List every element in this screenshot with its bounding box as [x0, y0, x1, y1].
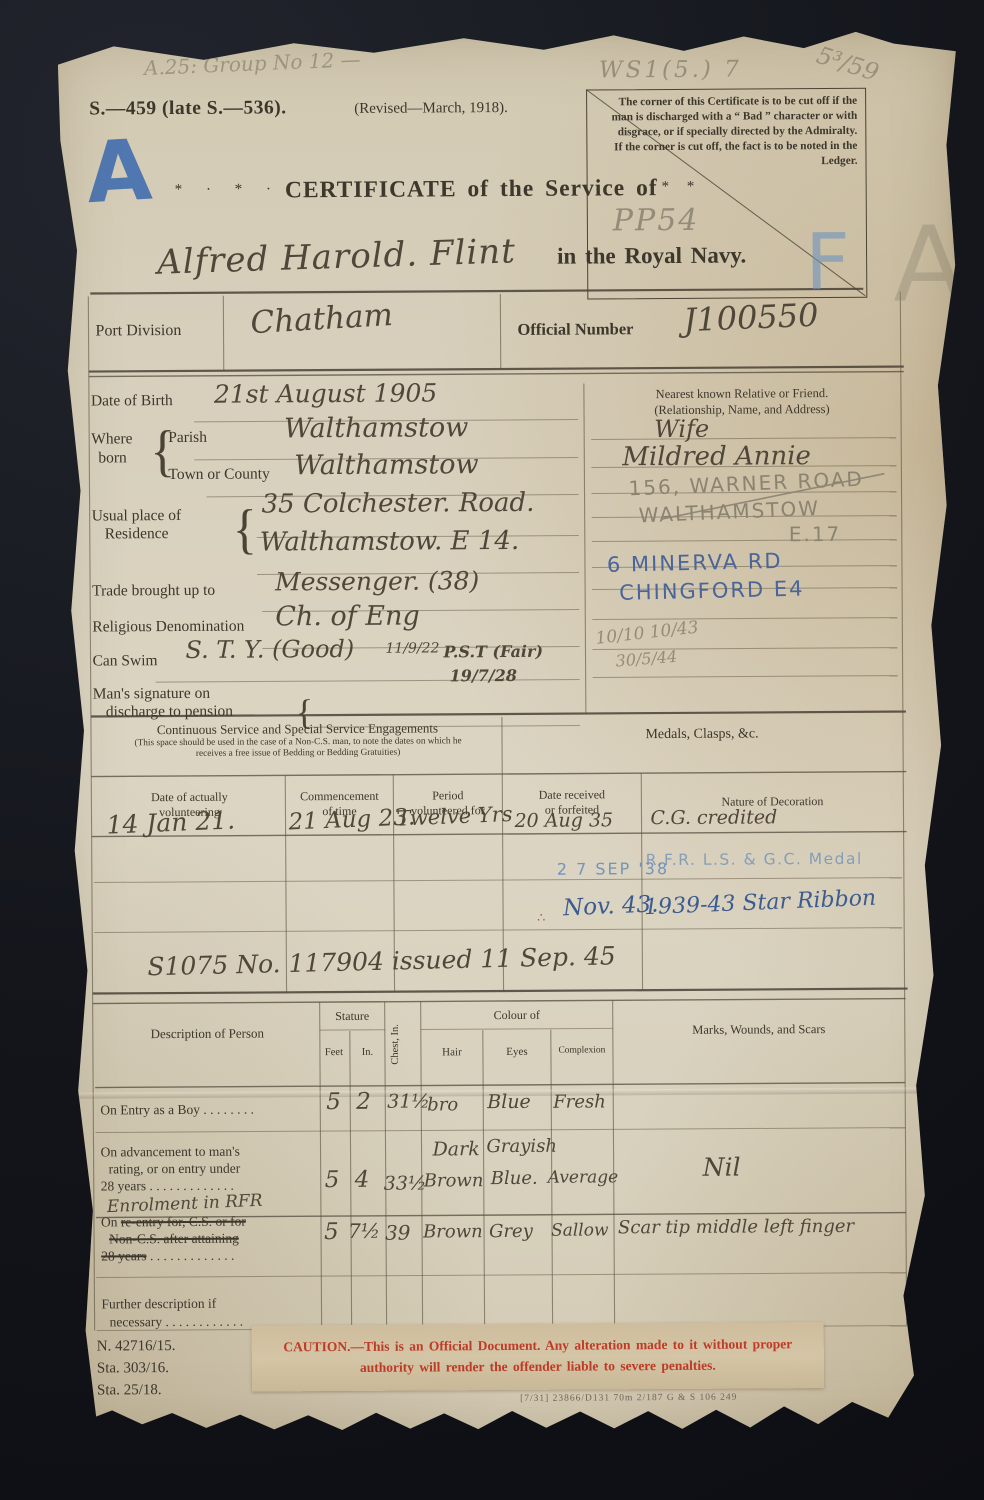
- relative-relationship: Wife: [654, 415, 709, 443]
- entry-feet: 5: [326, 1089, 341, 1115]
- medal-row-1: C.G. credited: [650, 806, 777, 829]
- advancement-hair-2: Brown: [424, 1170, 484, 1191]
- relative-name: Mildred Annie: [622, 441, 811, 472]
- form-number: S.—459 (late S.—536).: [89, 97, 287, 120]
- reentry-struck-1: re-entry for, C.S. or for: [121, 1214, 246, 1230]
- footer-ref-1: N. 42716/15.: [97, 1338, 176, 1355]
- col-feet: Feet: [318, 1047, 350, 1058]
- cs-engagements-subtitle-2: receives a free issue of Bedding or Bedd…: [98, 747, 498, 759]
- residence-value-2: Walthamstow. E 14.: [260, 526, 520, 558]
- residence-label-1: Usual place of: [92, 507, 182, 526]
- photo-background: A.25: Group No 12 — WS1(5.) 7 5³/59 S.—4…: [0, 0, 984, 1500]
- trade-label: Trade brought up to: [92, 582, 215, 601]
- parish-value: Walthamstow: [284, 412, 468, 444]
- col-period-1: Period: [432, 788, 463, 802]
- pencil-annotation-ws: WS1(5.) 7: [599, 57, 742, 84]
- service-member-name: Alfred Harold. Flint: [157, 231, 517, 283]
- pencil-annotation-559: 5³/59: [813, 41, 882, 87]
- entry-complexion: Fresh: [553, 1091, 606, 1112]
- footer-ref-3: Sta. 25/18.: [97, 1382, 162, 1399]
- col-date-received-1: Date received: [539, 787, 605, 801]
- advancement-inches: 4: [355, 1167, 370, 1193]
- row-reentry-label-1: On re-entry for, C.S. or for: [101, 1214, 246, 1231]
- certificate-title-line: * · * · CERTIFICATE of the Service of * …: [175, 175, 735, 205]
- watermark-letter-a: A: [893, 203, 965, 325]
- reentry-struck-3: 28 years: [101, 1248, 146, 1263]
- reentry-on: On: [101, 1214, 121, 1229]
- reentry-chest: 39: [385, 1221, 411, 1245]
- advancement-eyes-1: Grayish: [486, 1136, 557, 1157]
- residence-label-2: Residence: [105, 525, 169, 543]
- pencil-pp54: PP54: [613, 203, 700, 239]
- title-ornament-right: * *: [662, 179, 702, 195]
- town-county-value: Walthamstow: [294, 449, 478, 481]
- port-division-value: Chatham: [250, 297, 394, 341]
- relative-heading-1: Nearest known Relative or Friend.: [594, 386, 890, 403]
- row-advancement-label-2: rating, or on entry under: [109, 1161, 241, 1178]
- advancement-eyes-2: Blue.: [491, 1168, 538, 1189]
- row-further-label-1: Further description if: [101, 1296, 216, 1313]
- row-reentry-label-3: 28 years . . . . . . . . . . . . .: [101, 1248, 234, 1265]
- residence-value-1: 35 Colchester. Road.: [262, 488, 535, 520]
- entry-eyes: Blue: [487, 1091, 531, 1113]
- advancement-marks: Nil: [703, 1153, 741, 1182]
- trade-value: Messenger. (38): [275, 566, 479, 596]
- col-complexion: Complexion: [551, 1045, 613, 1055]
- signature-label-1: Man's signature on: [93, 685, 210, 704]
- col-inches: In.: [350, 1047, 385, 1058]
- parish-label: Parish: [168, 429, 207, 447]
- can-swim-date-2: 19/7/28: [450, 666, 517, 685]
- row-entry-boy-label: On Entry as a Boy . . . . . . . .: [100, 1102, 254, 1119]
- reentry-inches: 7½: [348, 1219, 380, 1243]
- advancement-hair-1: Dark: [432, 1138, 479, 1160]
- row-further-label-2: necessary . . . . . . . . . . . .: [110, 1314, 244, 1331]
- caution-text: CAUTION.—This is an Official Document. A…: [276, 1334, 800, 1379]
- official-number-label: Official Number: [517, 319, 633, 340]
- advancement-complexion: Average: [548, 1167, 619, 1187]
- certificate-paper: A.25: Group No 12 — WS1(5.) 7 5³/59 S.—4…: [44, 25, 969, 1443]
- corner-notice-text: The corner of this Certificate is to be …: [609, 94, 857, 170]
- where-born-label-1: Where: [91, 430, 132, 448]
- title-ornament-left: * · * ·: [175, 181, 281, 198]
- religion-label: Religious Denomination: [92, 618, 244, 637]
- relative-address-new-2: CHINGFORD E4: [619, 577, 805, 605]
- religion-value: Ch. of Eng: [275, 601, 420, 633]
- royal-navy-text: in the Royal Navy.: [557, 243, 746, 270]
- can-swim-value: S. T. Y. (Good): [185, 635, 354, 664]
- cs-row-period: Twelve Yrs: [396, 802, 513, 831]
- official-number-value: J100550: [683, 296, 819, 340]
- relative-address-3: E.17: [789, 522, 842, 546]
- can-swim-label: Can Swim: [92, 652, 157, 670]
- relative-address-new-1: 6 MINERVA RD: [607, 549, 783, 577]
- pencil-annotation-group: A.25: Group No 12 —: [143, 47, 360, 80]
- footer-ref-2: Sta. 303/16.: [97, 1360, 169, 1377]
- relative-pencil-1: 10/10 10/43: [595, 617, 700, 648]
- stamp-letter-a: A: [84, 121, 155, 223]
- medal-star-ribbon: 1939-43 Star Ribbon: [644, 886, 877, 920]
- cs-row-volunteering: 14 Jan 21.: [106, 805, 236, 839]
- print-code: [7/31] 23866/D131 70m 2/187 G & S 106 24…: [520, 1393, 737, 1404]
- col-marks-wounds: Marks, Wounds, and Scars: [613, 1022, 905, 1039]
- reentry-hair: Brown: [423, 1221, 483, 1242]
- dob-value: 21st August 1905: [214, 378, 438, 408]
- col-commencement-1: Commencement: [300, 789, 379, 803]
- reentry-eyes: Grey: [489, 1221, 533, 1242]
- col-hair: Hair: [421, 1046, 483, 1058]
- col-stature: Stature: [320, 1009, 385, 1024]
- col-description-person: Description of Person: [95, 1025, 320, 1042]
- town-county-label: Town or County: [168, 465, 269, 484]
- stamp-rfr-medal: R.F.R. L.S. & G.C. Medal: [646, 850, 863, 869]
- dob-label: Date of Birth: [91, 392, 173, 410]
- red-ink-mark: ∴: [537, 910, 545, 926]
- signature-label-2: discharge to pension: [106, 703, 233, 722]
- row-reentry-label-2: Non-C.S. after attaining: [109, 1231, 239, 1248]
- col-volunteering-1: Date of actually: [151, 790, 228, 804]
- stamp-letter-f: F: [805, 218, 850, 308]
- reentry-marks: Scar tip middle left finger: [618, 1216, 854, 1238]
- reentry-dots: . . . . . . . . . . . . .: [146, 1248, 234, 1264]
- issue-note: S1075 No. 117904 issued 11 Sep. 45: [147, 941, 616, 981]
- col-eyes: Eyes: [483, 1046, 551, 1058]
- relative-heading-2: (Relationship, Name, and Address): [594, 402, 890, 419]
- col-colour-of: Colour of: [421, 1007, 613, 1023]
- medal-date-1: 20 Aug 35: [514, 809, 613, 832]
- residence-brace: {: [233, 497, 257, 561]
- col-chest: Chest, In.: [390, 1009, 406, 1081]
- medals-clasps-title: Medals, Clasps, &c.: [502, 726, 902, 744]
- advancement-chest: 33½: [384, 1172, 427, 1194]
- relative-pencil-2: 30/5/44: [615, 647, 678, 671]
- can-swim-pst: P.S.T (Fair): [443, 642, 543, 662]
- port-division-label: Port Division: [95, 322, 181, 341]
- can-swim-date-1: 11/9/22: [385, 640, 439, 656]
- where-born-label-2: born: [98, 449, 127, 467]
- revised-note: (Revised—March, 1918).: [354, 100, 508, 118]
- entry-chest: 31½: [387, 1090, 430, 1112]
- caution-slip: CAUTION.—This is an Official Document. A…: [252, 1322, 824, 1391]
- reentry-complexion: Sallow: [551, 1220, 609, 1240]
- page-title: CERTIFICATE of the Service of: [285, 175, 658, 203]
- row-advancement-label-1: On advancement to man's: [100, 1144, 239, 1161]
- reentry-feet: 5: [324, 1219, 339, 1245]
- entry-hair: bro: [427, 1094, 458, 1115]
- advancement-feet: 5: [325, 1167, 340, 1193]
- entry-inches: 2: [356, 1089, 371, 1115]
